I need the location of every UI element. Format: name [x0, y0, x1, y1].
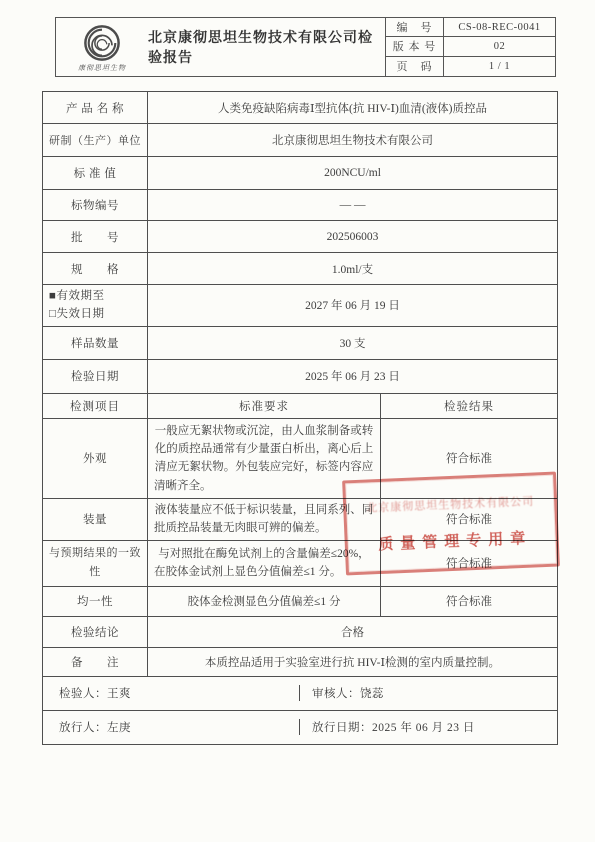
test-item: 与预期结果的一致性	[43, 540, 148, 586]
field-value: — —	[148, 190, 558, 221]
test-requirement: 胶体金检测显色分值偏差≤1 分	[148, 586, 381, 616]
field-label: 样品数量	[43, 326, 148, 359]
field-label: ■有效期至 □失效日期	[43, 285, 148, 327]
field-label: 批 号	[43, 221, 148, 253]
expiry-checked-option: ■有效期至	[49, 287, 141, 305]
remark-label: 备 注	[43, 647, 148, 676]
test-item: 外观	[43, 418, 148, 498]
row-product-name: 产 品 名 称 人类免疫缺陷病毒Ⅰ型抗体(抗 HIV-Ⅰ)血清(液体)质控品	[43, 92, 558, 124]
test-result: 符合标准	[381, 418, 558, 498]
reviewer-signature: 审核人：饶蕊	[300, 685, 551, 701]
field-value: 北京康彻思坦生物技术有限公司	[148, 124, 558, 157]
row-standard-number: 标物编号 — —	[43, 190, 558, 221]
col-header-requirement: 标准要求	[148, 393, 381, 418]
row-sample-quantity: 样品数量 30 支	[43, 326, 558, 359]
test-result: 符合标准	[381, 498, 558, 540]
conclusion-label: 检验结论	[43, 616, 148, 647]
meta-value-version: 02	[444, 37, 555, 56]
field-value: 人类免疫缺陷病毒Ⅰ型抗体(抗 HIV-Ⅰ)血清(液体)质控品	[148, 92, 558, 124]
field-label: 标物编号	[43, 190, 148, 221]
report-page: 康彻思坦生物 北京康彻思坦生物技术有限公司检验报告 编 号 CS-08-REC-…	[0, 0, 595, 842]
field-label: 规 格	[43, 253, 148, 285]
row-inspection-date: 检验日期 2025 年 06 月 23 日	[43, 359, 558, 393]
test-result: 符合标准	[381, 540, 558, 586]
meta-value-page: 1 / 1	[444, 57, 555, 76]
swirl-logo-icon	[83, 24, 121, 62]
field-label: 产 品 名 称	[43, 92, 148, 124]
field-value: 2027 年 06 月 19 日	[148, 285, 558, 327]
row-expiry-date: ■有效期至 □失效日期 2027 年 06 月 19 日	[43, 285, 558, 327]
test-requirement: 液体装量应不低于标识装量，且同系列、同批质控品装量无肉眼可辨的偏差。	[148, 498, 381, 540]
field-label: 检验日期	[43, 359, 148, 393]
row-specification: 规 格 1.0ml/支	[43, 253, 558, 285]
company-logo: 康彻思坦生物	[56, 18, 148, 76]
inspector-signature: 检验人：王爽	[49, 685, 300, 701]
conclusion-row: 检验结论 合格	[43, 616, 558, 647]
row-standard-value: 标 准 值 200NCU/ml	[43, 157, 558, 190]
document-meta-table: 编 号 CS-08-REC-0041 版 本 号 02 页 码 1 / 1	[385, 18, 555, 76]
row-batch-number: 批 号 202506003	[43, 221, 558, 253]
field-label: 标 准 值	[43, 157, 148, 190]
test-requirement: 一般应无絮状物或沉淀，由人血浆制备或转化的质控品通常有少量蛋白析出，离心后上清应…	[148, 418, 381, 498]
meta-label-number: 编 号	[386, 18, 444, 37]
field-value: 30 支	[148, 326, 558, 359]
field-value: 1.0ml/支	[148, 253, 558, 285]
test-row-consistency: 与预期结果的一致性 与对照批在酶免试剂上的含量偏差≤20%，在胶体金试剂上显色分…	[43, 540, 558, 586]
test-result: 符合标准	[381, 586, 558, 616]
signature-row-release: 放行人：左庚 放行日期：2025 年 06 月 23 日	[43, 710, 558, 744]
field-label: 研制（生产）单位	[43, 124, 148, 157]
invalid-unchecked-option: □失效日期	[49, 305, 141, 323]
col-header-result: 检验结果	[381, 393, 558, 418]
conclusion-value: 合格	[148, 616, 558, 647]
report-header: 康彻思坦生物 北京康彻思坦生物技术有限公司检验报告 编 号 CS-08-REC-…	[55, 17, 556, 77]
release-date: 放行日期：2025 年 06 月 23 日	[300, 719, 551, 735]
test-item: 均一性	[43, 586, 148, 616]
col-header-item: 检测项目	[43, 393, 148, 418]
field-value: 202506003	[148, 221, 558, 253]
meta-label-version: 版 本 号	[386, 37, 444, 56]
inspection-table: 产 品 名 称 人类免疫缺陷病毒Ⅰ型抗体(抗 HIV-Ⅰ)血清(液体)质控品 研…	[42, 91, 558, 745]
test-row-uniformity: 均一性 胶体金检测显色分值偏差≤1 分 符合标准	[43, 586, 558, 616]
remark-value: 本质控品适用于实验室进行抗 HIV-Ⅰ检测的室内质量控制。	[148, 647, 558, 676]
field-value: 2025 年 06 月 23 日	[148, 359, 558, 393]
field-value: 200NCU/ml	[148, 157, 558, 190]
row-manufacturer: 研制（生产）单位 北京康彻思坦生物技术有限公司	[43, 124, 558, 157]
meta-value-number: CS-08-REC-0041	[444, 18, 555, 37]
test-requirement: 与对照批在酶免试剂上的含量偏差≤20%，在胶体金试剂上显色分值偏差≤1 分。	[148, 540, 381, 586]
meta-label-page: 页 码	[386, 57, 444, 76]
signature-row-inspector: 检验人：王爽 审核人：饶蕊	[43, 676, 558, 710]
test-header-row: 检测项目 标准要求 检验结果	[43, 393, 558, 418]
releaser-signature: 放行人：左庚	[49, 719, 300, 735]
test-row-filling-volume: 装量 液体装量应不低于标识装量，且同系列、同批质控品装量无肉眼可辨的偏差。 符合…	[43, 498, 558, 540]
logo-caption: 康彻思坦生物	[78, 63, 126, 73]
test-item: 装量	[43, 498, 148, 540]
report-title: 北京康彻思坦生物技术有限公司检验报告	[148, 18, 385, 76]
remark-row: 备 注 本质控品适用于实验室进行抗 HIV-Ⅰ检测的室内质量控制。	[43, 647, 558, 676]
test-row-appearance: 外观 一般应无絮状物或沉淀，由人血浆制备或转化的质控品通常有少量蛋白析出，离心后…	[43, 418, 558, 498]
